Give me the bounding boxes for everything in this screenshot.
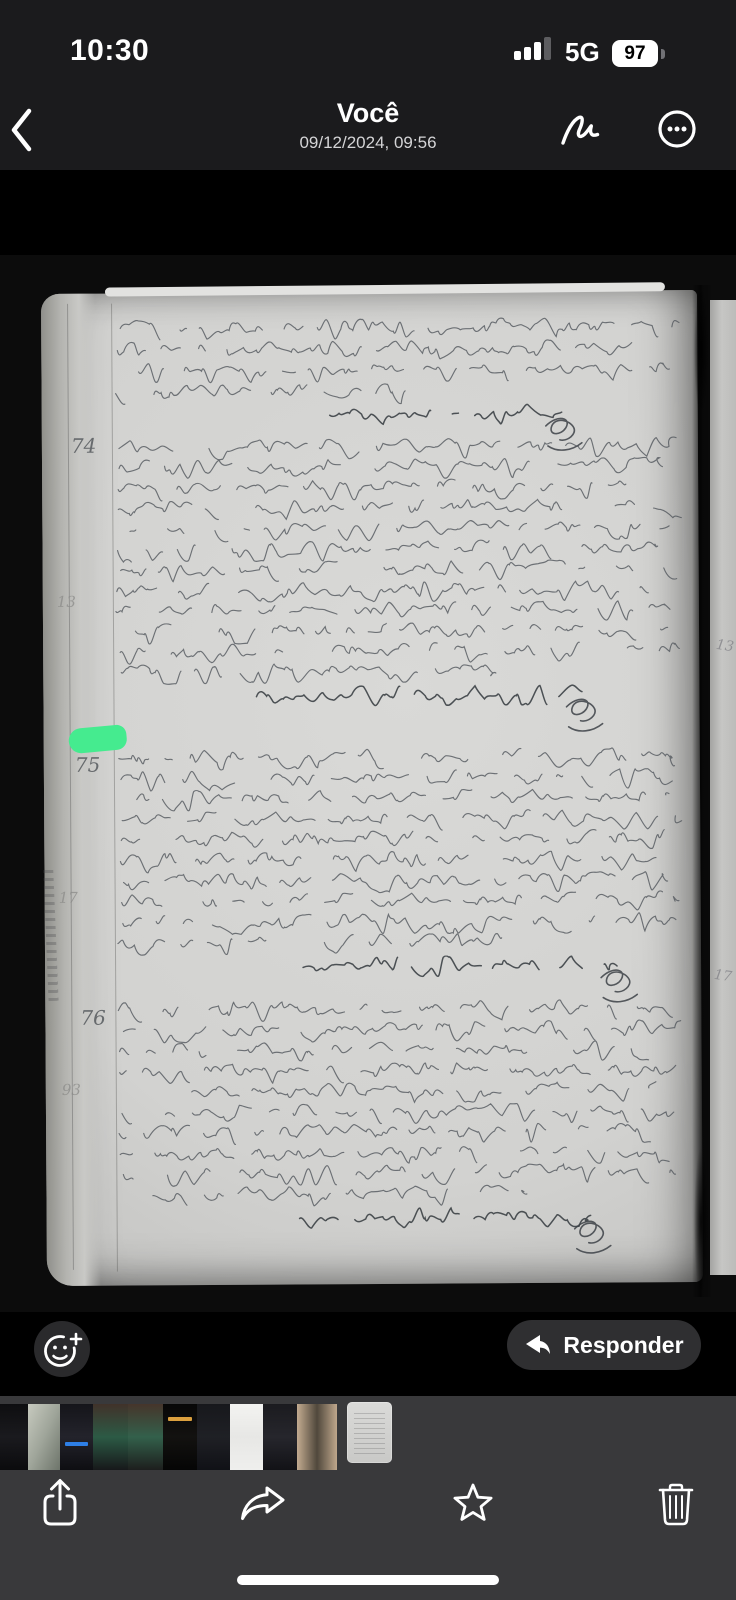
cellular-signal-icon (514, 36, 556, 64)
handwriting-line (119, 662, 498, 686)
handwriting-line (116, 359, 671, 384)
underlying-page-edge (105, 282, 665, 296)
status-time: 10:30 (70, 34, 149, 68)
faint-margin-number: 17 (59, 889, 78, 907)
photo[interactable]: 747576131793 1317 (0, 255, 736, 1312)
register-page: 747576131793 (41, 290, 703, 1286)
reply-arrow-icon (524, 1333, 552, 1357)
facing-page-sliver: 1317 (710, 300, 736, 1275)
thumbnail-dark-chat-screenshot[interactable] (60, 1404, 93, 1470)
more-options-button[interactable] (652, 104, 702, 156)
network-type-label: 5G (565, 37, 600, 68)
forward-arrow-icon (238, 1481, 288, 1525)
share-icon (38, 1476, 82, 1530)
delete-button[interactable] (648, 1475, 704, 1531)
filmstrip-thumbnails (0, 1404, 337, 1470)
reply-button-label: Responder (563, 1332, 683, 1359)
battery-indicator: 97 (612, 40, 658, 67)
reply-button[interactable]: Responder (507, 1320, 701, 1370)
margin-entry-number: 76 (80, 1006, 106, 1030)
star-button[interactable] (445, 1475, 501, 1531)
markup-button[interactable] (556, 106, 606, 156)
handwriting-line (301, 954, 619, 978)
smiley-plus-icon (39, 1326, 85, 1372)
facing-page-number: 17 (713, 967, 733, 985)
handwriting-line (254, 683, 584, 707)
forward-button[interactable] (235, 1475, 291, 1531)
signature-flourish (567, 1218, 621, 1260)
thumbnail-whatsapp-chat-screenshot[interactable] (128, 1404, 163, 1470)
sender-title: Você (218, 98, 518, 129)
add-reaction-button[interactable] (34, 1321, 90, 1377)
battery-cap (661, 49, 665, 59)
faint-margin-number: 13 (57, 593, 76, 611)
faint-margin-number: 93 (62, 1081, 81, 1099)
back-button[interactable] (8, 104, 52, 156)
handwriting-line (116, 933, 504, 957)
star-icon (451, 1482, 495, 1524)
home-indicator[interactable] (237, 1575, 499, 1585)
signature-flourish (558, 696, 612, 738)
thumbnail-railway-photo[interactable] (28, 1404, 60, 1470)
thumbnail-accent (65, 1442, 88, 1446)
facing-page-number: 13 (715, 637, 735, 655)
margin-entry-number: 74 (71, 434, 97, 458)
header: 10:30 5G 97 Você 09/12/2024, 09:56 (0, 0, 736, 170)
thumbnail-person-photo[interactable] (297, 1404, 337, 1470)
handwriting-line (114, 382, 407, 406)
thumbnail-dark-app-screenshot[interactable] (263, 1404, 297, 1470)
share-button[interactable] (32, 1475, 88, 1531)
thumbnail-white-document-screenshot[interactable] (230, 1404, 263, 1470)
book-binding (692, 285, 712, 1297)
photo-viewer: 747576131793 1317 (0, 170, 736, 1396)
title-block: Você 09/12/2024, 09:56 (218, 98, 518, 153)
handwriting-line (328, 403, 564, 426)
margin-entry-number: 75 (75, 753, 101, 777)
message-timestamp: 09/12/2024, 09:56 (218, 133, 518, 153)
handwriting-line (298, 1206, 593, 1230)
media-viewer-screen: 10:30 5G 97 Você 09/12/2024, 09:56 (0, 0, 736, 1600)
thumbnail-accent (168, 1417, 192, 1421)
trash-icon (654, 1479, 698, 1527)
thumbnail-dark-text-screenshot[interactable] (197, 1404, 230, 1470)
chevron-left-icon (8, 106, 34, 154)
scribble-markup-icon (558, 107, 604, 153)
thumbnail-dark-text-screenshot[interactable] (163, 1404, 197, 1470)
bottom-panel (0, 1396, 736, 1600)
thumbnail-dark-screenshot[interactable] (0, 1404, 28, 1470)
thumbnail-whatsapp-chat-screenshot[interactable] (93, 1404, 128, 1470)
thumbnail-selected-register-page[interactable] (347, 1402, 392, 1463)
ellipsis-circle-icon (654, 106, 700, 152)
handwriting-line (123, 1184, 528, 1208)
